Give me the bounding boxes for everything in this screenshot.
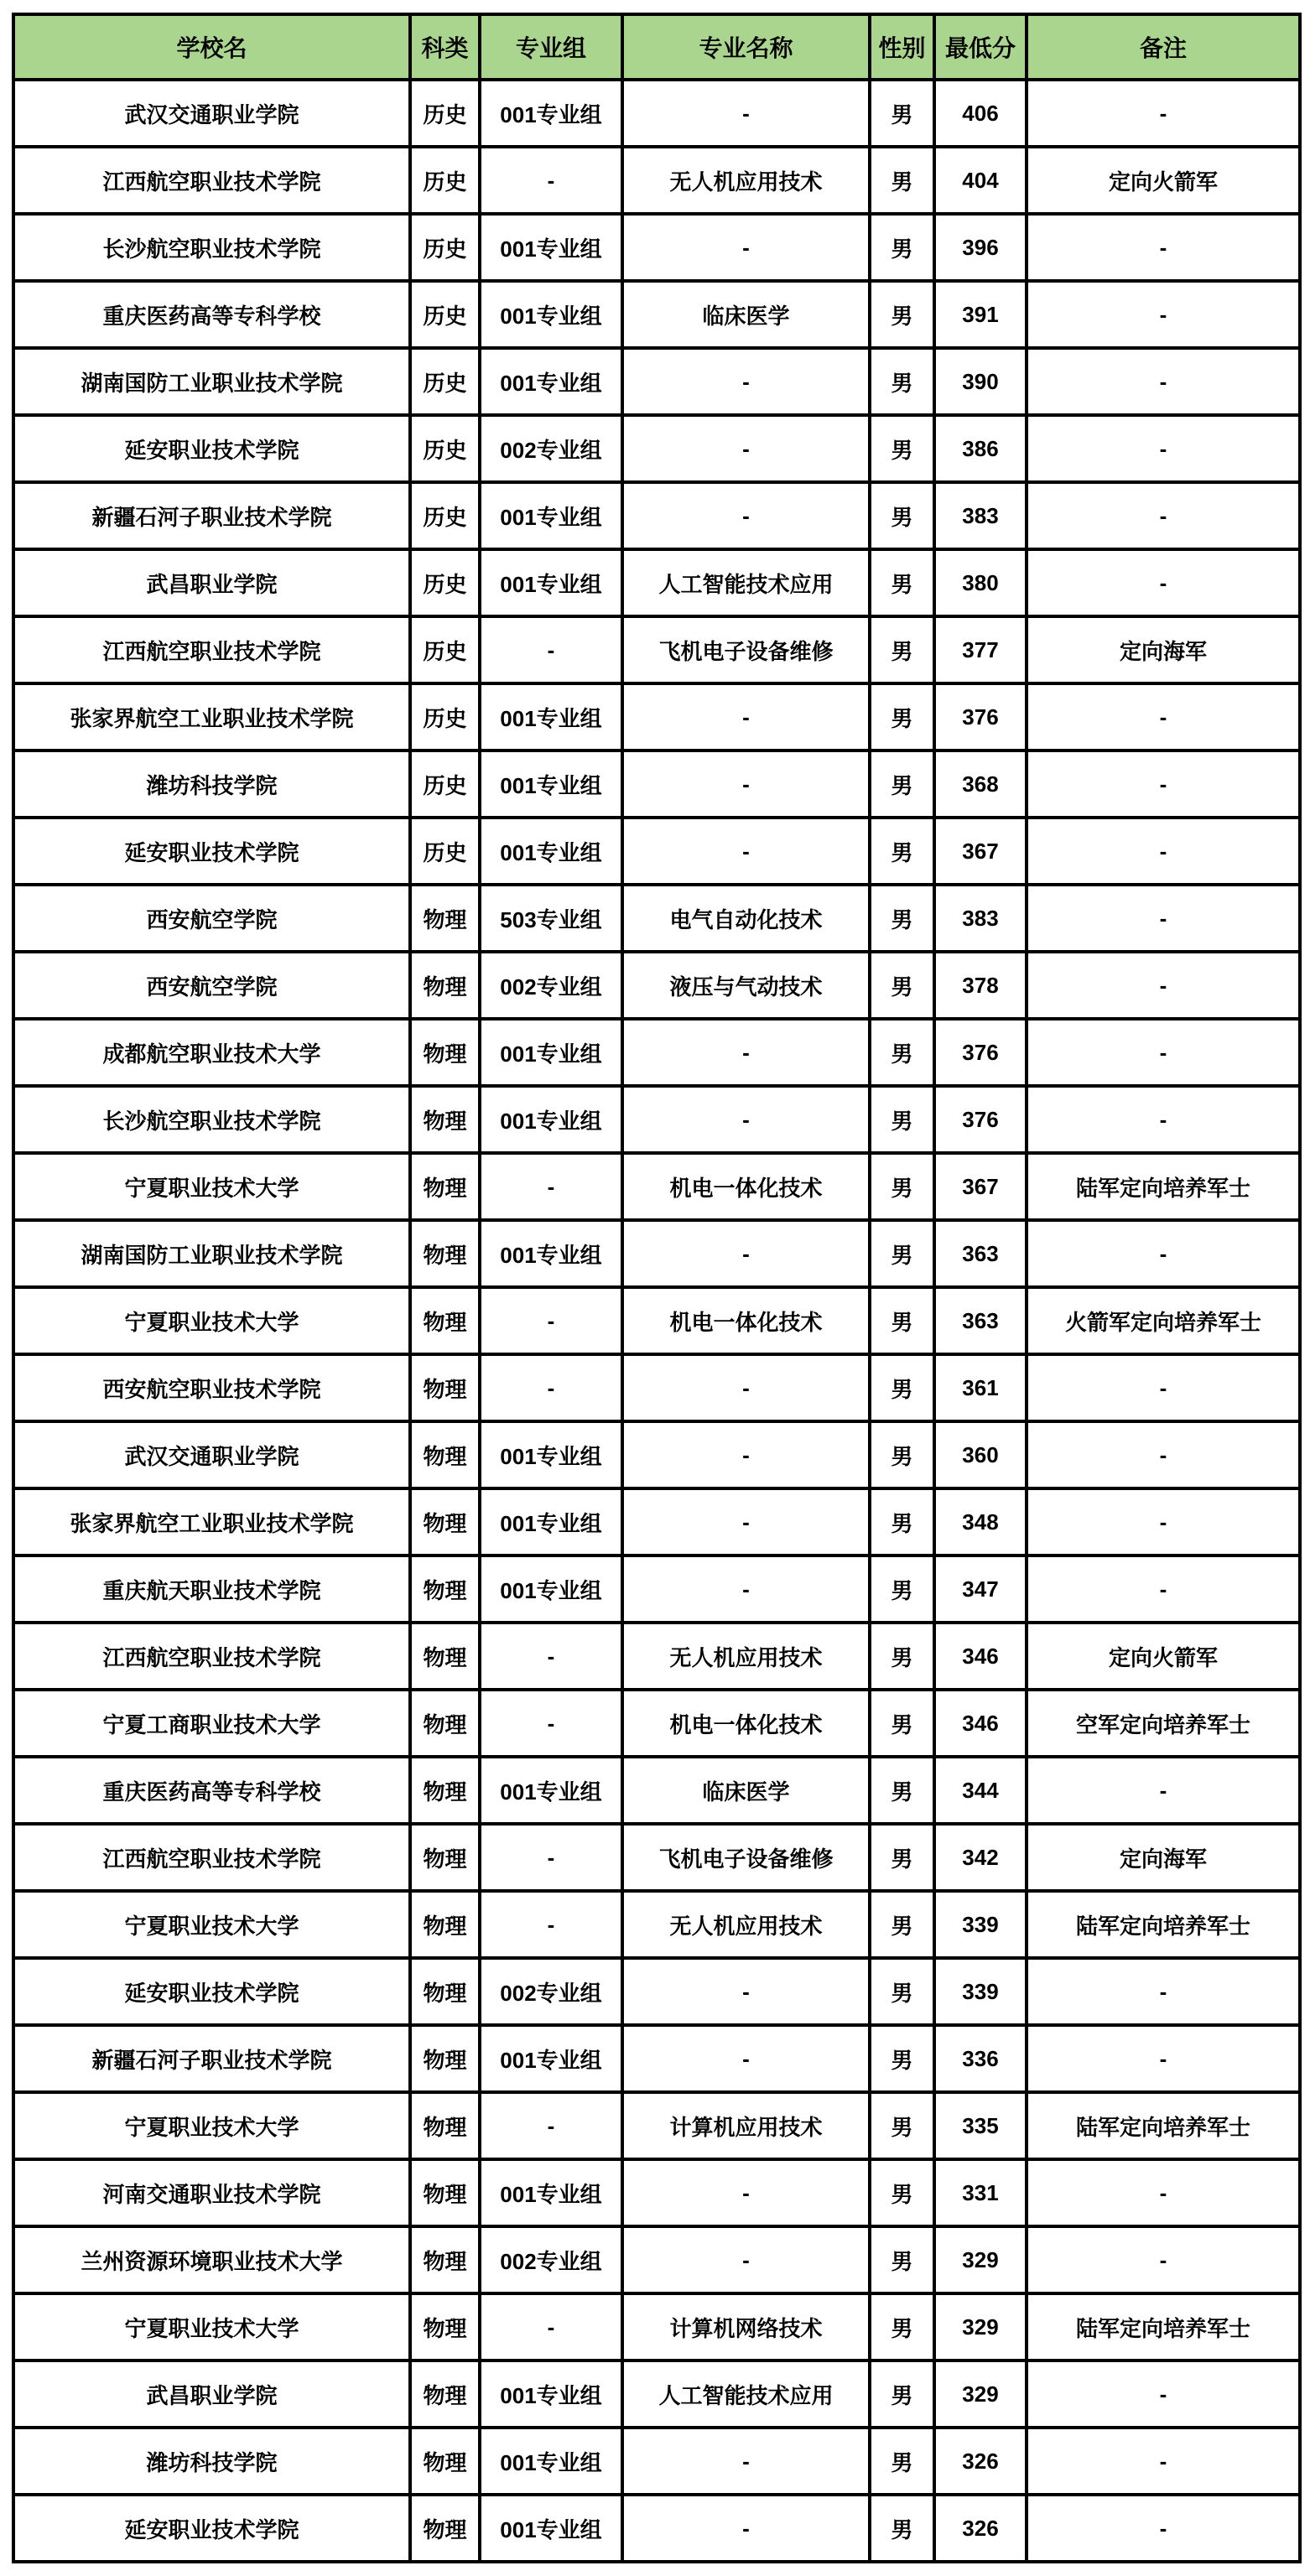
cell-min-score: 377 — [934, 616, 1027, 683]
cell-major-group: - — [480, 147, 622, 214]
cell-major-name: - — [622, 683, 870, 750]
cell-min-score: 383 — [934, 482, 1027, 549]
cell-gender: 男 — [870, 1488, 934, 1555]
cell-subject-type: 物理 — [410, 2495, 480, 2562]
cell-gender: 男 — [870, 1153, 934, 1220]
cell-school-name: 重庆医药高等专科学校 — [13, 281, 410, 348]
cell-school-name: 宁夏职业技术大学 — [13, 2092, 410, 2159]
table-body: 武汉交通职业学院历史001专业组-男406-江西航空职业技术学院历史-无人机应用… — [13, 80, 1300, 2562]
table-row: 延安职业技术学院物理001专业组-男326- — [13, 2495, 1300, 2562]
cell-major-group: 001专业组 — [480, 1555, 622, 1623]
cell-major-name: 机电一体化技术 — [622, 1153, 870, 1220]
cell-subject-type: 物理 — [410, 1421, 480, 1488]
cell-major-name: - — [622, 1019, 870, 1086]
table-row: 江西航空职业技术学院物理-飞机电子设备维修男342定向海军 — [13, 1824, 1300, 1891]
cell-gender: 男 — [870, 885, 934, 952]
cell-major-name: - — [622, 1421, 870, 1488]
cell-major-group: - — [480, 1623, 622, 1690]
cell-gender: 男 — [870, 683, 934, 750]
cell-subject-type: 物理 — [410, 1287, 480, 1354]
cell-remark: - — [1027, 1354, 1300, 1421]
cell-gender: 男 — [870, 1690, 934, 1757]
cell-major-name: 机电一体化技术 — [622, 1287, 870, 1354]
cell-min-score: 376 — [934, 1019, 1027, 1086]
cell-min-score: 363 — [934, 1220, 1027, 1287]
cell-subject-type: 物理 — [410, 1220, 480, 1287]
cell-min-score: 406 — [934, 80, 1027, 147]
cell-subject-type: 物理 — [410, 2360, 480, 2428]
cell-gender: 男 — [870, 2360, 934, 2428]
cell-major-name: 人工智能技术应用 — [622, 549, 870, 616]
cell-gender: 男 — [870, 2159, 934, 2226]
cell-major-group: 002专业组 — [480, 2226, 622, 2293]
cell-subject-type: 历史 — [410, 80, 480, 147]
table-row: 湖南国防工业职业技术学院历史001专业组-男390- — [13, 348, 1300, 415]
cell-major-name: - — [622, 80, 870, 147]
cell-subject-type: 物理 — [410, 2293, 480, 2360]
cell-school-name: 武汉交通职业学院 — [13, 80, 410, 147]
cell-remark: - — [1027, 2226, 1300, 2293]
cell-gender: 男 — [870, 1019, 934, 1086]
column-header-school-name: 学校名 — [13, 14, 410, 80]
table-row: 湖南国防工业职业技术学院物理001专业组-男363- — [13, 1220, 1300, 1287]
table-row: 西安航空学院物理503专业组电气自动化技术男383- — [13, 885, 1300, 952]
cell-school-name: 新疆石河子职业技术学院 — [13, 482, 410, 549]
cell-min-score: 378 — [934, 952, 1027, 1019]
table-row: 宁夏职业技术大学物理-无人机应用技术男339陆军定向培养军士 — [13, 1891, 1300, 1958]
cell-min-score: 326 — [934, 2428, 1027, 2495]
cell-major-name: 电气自动化技术 — [622, 885, 870, 952]
cell-min-score: 331 — [934, 2159, 1027, 2226]
column-header-major-group: 专业组 — [480, 14, 622, 80]
cell-remark: - — [1027, 2428, 1300, 2495]
cell-school-name: 长沙航空职业技术学院 — [13, 214, 410, 281]
admission-score-page: 学校名 科类 专业组 专业名称 性别 最低分 备注 武汉交通职业学院历史001专… — [0, 0, 1310, 2576]
table-row: 西安航空职业技术学院物理--男361- — [13, 1354, 1300, 1421]
cell-major-name: 飞机电子设备维修 — [622, 1824, 870, 1891]
cell-remark: - — [1027, 415, 1300, 482]
cell-min-score: 329 — [934, 2360, 1027, 2428]
cell-min-score: 396 — [934, 214, 1027, 281]
cell-major-group: - — [480, 1891, 622, 1958]
cell-school-name: 宁夏职业技术大学 — [13, 2293, 410, 2360]
cell-major-group: 001专业组 — [480, 750, 622, 818]
cell-gender: 男 — [870, 2025, 934, 2092]
cell-min-score: 391 — [934, 281, 1027, 348]
cell-major-group: - — [480, 1824, 622, 1891]
cell-subject-type: 历史 — [410, 818, 480, 885]
cell-remark: - — [1027, 1220, 1300, 1287]
table-row: 江西航空职业技术学院历史-无人机应用技术男404定向火箭军 — [13, 147, 1300, 214]
cell-remark: - — [1027, 1086, 1300, 1153]
cell-school-name: 武昌职业学院 — [13, 2360, 410, 2428]
cell-gender: 男 — [870, 1421, 934, 1488]
cell-major-group: - — [480, 1354, 622, 1421]
cell-subject-type: 物理 — [410, 1086, 480, 1153]
cell-subject-type: 物理 — [410, 1891, 480, 1958]
column-header-subject-type: 科类 — [410, 14, 480, 80]
table-row: 延安职业技术学院历史001专业组-男367- — [13, 818, 1300, 885]
cell-gender: 男 — [870, 147, 934, 214]
cell-major-name: 机电一体化技术 — [622, 1690, 870, 1757]
cell-min-score: 380 — [934, 549, 1027, 616]
table-row: 长沙航空职业技术学院物理001专业组-男376- — [13, 1086, 1300, 1153]
cell-major-group: - — [480, 616, 622, 683]
cell-major-group: 001专业组 — [480, 683, 622, 750]
cell-school-name: 江西航空职业技术学院 — [13, 147, 410, 214]
cell-major-name: - — [622, 482, 870, 549]
cell-major-group: - — [480, 2293, 622, 2360]
cell-school-name: 湖南国防工业职业技术学院 — [13, 348, 410, 415]
cell-remark: - — [1027, 80, 1300, 147]
column-header-gender: 性别 — [870, 14, 934, 80]
cell-major-group: 001专业组 — [480, 1086, 622, 1153]
cell-major-name: - — [622, 1220, 870, 1287]
cell-gender: 男 — [870, 952, 934, 1019]
cell-subject-type: 历史 — [410, 683, 480, 750]
cell-school-name: 江西航空职业技术学院 — [13, 616, 410, 683]
cell-major-name: 无人机应用技术 — [622, 1623, 870, 1690]
cell-major-group: 001专业组 — [480, 214, 622, 281]
cell-major-group: 002专业组 — [480, 415, 622, 482]
cell-school-name: 宁夏职业技术大学 — [13, 1891, 410, 1958]
table-row: 宁夏职业技术大学物理-计算机应用技术男335陆军定向培养军士 — [13, 2092, 1300, 2159]
cell-min-score: 363 — [934, 1287, 1027, 1354]
table-row: 宁夏职业技术大学物理-机电一体化技术男363火箭军定向培养军士 — [13, 1287, 1300, 1354]
cell-subject-type: 物理 — [410, 2159, 480, 2226]
table-row: 延安职业技术学院历史002专业组-男386- — [13, 415, 1300, 482]
cell-subject-type: 物理 — [410, 2025, 480, 2092]
cell-min-score: 361 — [934, 1354, 1027, 1421]
cell-remark: - — [1027, 2360, 1300, 2428]
cell-min-score: 367 — [934, 818, 1027, 885]
table-row: 武汉交通职业学院历史001专业组-男406- — [13, 80, 1300, 147]
cell-school-name: 湖南国防工业职业技术学院 — [13, 1220, 410, 1287]
cell-major-group: - — [480, 1153, 622, 1220]
cell-school-name: 潍坊科技学院 — [13, 2428, 410, 2495]
table-row: 河南交通职业技术学院物理001专业组-男331- — [13, 2159, 1300, 2226]
cell-school-name: 河南交通职业技术学院 — [13, 2159, 410, 2226]
cell-school-name: 武汉交通职业学院 — [13, 1421, 410, 1488]
cell-min-score: 346 — [934, 1623, 1027, 1690]
cell-min-score: 335 — [934, 2092, 1027, 2159]
cell-major-name: - — [622, 1354, 870, 1421]
cell-school-name: 潍坊科技学院 — [13, 750, 410, 818]
admission-score-table: 学校名 科类 专业组 专业名称 性别 最低分 备注 武汉交通职业学院历史001专… — [12, 13, 1302, 2563]
cell-subject-type: 物理 — [410, 2428, 480, 2495]
table-row: 新疆石河子职业技术学院历史001专业组-男383- — [13, 482, 1300, 549]
table-row: 江西航空职业技术学院历史-飞机电子设备维修男377定向海军 — [13, 616, 1300, 683]
cell-major-group: 001专业组 — [480, 1220, 622, 1287]
cell-major-group: 001专业组 — [480, 80, 622, 147]
cell-remark: 陆军定向培养军士 — [1027, 2293, 1300, 2360]
cell-school-name: 延安职业技术学院 — [13, 415, 410, 482]
cell-remark: - — [1027, 482, 1300, 549]
cell-remark: - — [1027, 885, 1300, 952]
cell-school-name: 宁夏职业技术大学 — [13, 1287, 410, 1354]
cell-school-name: 宁夏职业技术大学 — [13, 1153, 410, 1220]
cell-major-group: 001专业组 — [480, 1421, 622, 1488]
cell-major-group: 001专业组 — [480, 1488, 622, 1555]
cell-gender: 男 — [870, 1757, 934, 1824]
cell-gender: 男 — [870, 1824, 934, 1891]
cell-major-name: 计算机应用技术 — [622, 2092, 870, 2159]
cell-min-score: 376 — [934, 1086, 1027, 1153]
cell-major-name: - — [622, 2025, 870, 2092]
cell-major-group: 001专业组 — [480, 2159, 622, 2226]
cell-subject-type: 历史 — [410, 482, 480, 549]
cell-min-score: 346 — [934, 1690, 1027, 1757]
cell-school-name: 兰州资源环境职业技术大学 — [13, 2226, 410, 2293]
cell-gender: 男 — [870, 2092, 934, 2159]
cell-major-group: 001专业组 — [480, 348, 622, 415]
cell-subject-type: 物理 — [410, 1824, 480, 1891]
cell-major-name: - — [622, 2226, 870, 2293]
cell-major-name: 飞机电子设备维修 — [622, 616, 870, 683]
cell-subject-type: 物理 — [410, 1354, 480, 1421]
cell-subject-type: 历史 — [410, 348, 480, 415]
cell-remark: - — [1027, 2159, 1300, 2226]
cell-gender: 男 — [870, 616, 934, 683]
cell-gender: 男 — [870, 1891, 934, 1958]
table-row: 宁夏职业技术大学物理-计算机网络技术男329陆军定向培养军士 — [13, 2293, 1300, 2360]
cell-school-name: 新疆石河子职业技术学院 — [13, 2025, 410, 2092]
table-row: 江西航空职业技术学院物理-无人机应用技术男346定向火箭军 — [13, 1623, 1300, 1690]
cell-min-score: 376 — [934, 683, 1027, 750]
table-row: 宁夏职业技术大学物理-机电一体化技术男367陆军定向培养军士 — [13, 1153, 1300, 1220]
cell-school-name: 延安职业技术学院 — [13, 818, 410, 885]
cell-subject-type: 历史 — [410, 616, 480, 683]
cell-min-score: 347 — [934, 1555, 1027, 1623]
cell-min-score: 342 — [934, 1824, 1027, 1891]
cell-gender: 男 — [870, 1220, 934, 1287]
cell-major-group: 001专业组 — [480, 2428, 622, 2495]
cell-major-group: - — [480, 1287, 622, 1354]
cell-major-group: - — [480, 2092, 622, 2159]
cell-school-name: 重庆医药高等专科学校 — [13, 1757, 410, 1824]
cell-gender: 男 — [870, 2428, 934, 2495]
table-row: 延安职业技术学院物理002专业组-男339- — [13, 1958, 1300, 2025]
column-header-min-score: 最低分 — [934, 14, 1027, 80]
cell-remark: - — [1027, 818, 1300, 885]
cell-subject-type: 物理 — [410, 952, 480, 1019]
cell-school-name: 成都航空职业技术大学 — [13, 1019, 410, 1086]
cell-min-score: 383 — [934, 885, 1027, 952]
cell-gender: 男 — [870, 818, 934, 885]
table-row: 兰州资源环境职业技术大学物理002专业组-男329- — [13, 2226, 1300, 2293]
cell-major-name: - — [622, 348, 870, 415]
table-row: 武汉交通职业学院物理001专业组-男360- — [13, 1421, 1300, 1488]
cell-major-group: 001专业组 — [480, 482, 622, 549]
cell-remark: - — [1027, 348, 1300, 415]
column-header-remark: 备注 — [1027, 14, 1300, 80]
cell-min-score: 329 — [934, 2293, 1027, 2360]
cell-remark: - — [1027, 1488, 1300, 1555]
cell-major-name: - — [622, 1555, 870, 1623]
cell-min-score: 368 — [934, 750, 1027, 818]
cell-school-name: 延安职业技术学院 — [13, 1958, 410, 2025]
cell-subject-type: 历史 — [410, 147, 480, 214]
cell-subject-type: 历史 — [410, 750, 480, 818]
cell-school-name: 西安航空职业技术学院 — [13, 1354, 410, 1421]
cell-min-score: 344 — [934, 1757, 1027, 1824]
cell-remark: - — [1027, 1555, 1300, 1623]
cell-major-group: - — [480, 1690, 622, 1757]
cell-remark: 定向海军 — [1027, 1824, 1300, 1891]
cell-major-name: - — [622, 750, 870, 818]
cell-major-name: - — [622, 1488, 870, 1555]
cell-subject-type: 历史 — [410, 281, 480, 348]
cell-remark: - — [1027, 1421, 1300, 1488]
cell-remark: - — [1027, 750, 1300, 818]
cell-subject-type: 物理 — [410, 1623, 480, 1690]
cell-major-name: - — [622, 214, 870, 281]
cell-subject-type: 历史 — [410, 214, 480, 281]
cell-major-group: 001专业组 — [480, 1019, 622, 1086]
cell-gender: 男 — [870, 1287, 934, 1354]
table-row: 重庆医药高等专科学校物理001专业组临床医学男344- — [13, 1757, 1300, 1824]
cell-subject-type: 物理 — [410, 1958, 480, 2025]
table-row: 宁夏工商职业技术大学物理-机电一体化技术男346空军定向培养军士 — [13, 1690, 1300, 1757]
cell-remark: - — [1027, 952, 1300, 1019]
cell-remark: 定向火箭军 — [1027, 147, 1300, 214]
cell-remark: - — [1027, 549, 1300, 616]
cell-gender: 男 — [870, 348, 934, 415]
cell-min-score: 360 — [934, 1421, 1027, 1488]
cell-major-group: 001专业组 — [480, 2360, 622, 2428]
cell-min-score: 404 — [934, 147, 1027, 214]
cell-remark: - — [1027, 2495, 1300, 2562]
table-row: 武昌职业学院物理001专业组人工智能技术应用男329- — [13, 2360, 1300, 2428]
cell-gender: 男 — [870, 281, 934, 348]
cell-gender: 男 — [870, 482, 934, 549]
cell-subject-type: 历史 — [410, 415, 480, 482]
cell-school-name: 宁夏工商职业技术大学 — [13, 1690, 410, 1757]
cell-min-score: 348 — [934, 1488, 1027, 1555]
cell-major-name: - — [622, 1086, 870, 1153]
table-row: 西安航空学院物理002专业组液压与气动技术男378- — [13, 952, 1300, 1019]
cell-subject-type: 物理 — [410, 1019, 480, 1086]
table-row: 重庆医药高等专科学校历史001专业组临床医学男391- — [13, 281, 1300, 348]
cell-remark: - — [1027, 1757, 1300, 1824]
cell-remark: 陆军定向培养军士 — [1027, 1153, 1300, 1220]
cell-major-name: 液压与气动技术 — [622, 952, 870, 1019]
table-row: 张家界航空工业职业技术学院历史001专业组-男376- — [13, 683, 1300, 750]
cell-min-score: 326 — [934, 2495, 1027, 2562]
cell-major-group: 001专业组 — [480, 549, 622, 616]
table-row: 张家界航空工业职业技术学院物理001专业组-男348- — [13, 1488, 1300, 1555]
cell-major-group: 002专业组 — [480, 1958, 622, 2025]
cell-remark: - — [1027, 214, 1300, 281]
cell-major-group: 001专业组 — [480, 2025, 622, 2092]
cell-subject-type: 历史 — [410, 549, 480, 616]
cell-min-score: 367 — [934, 1153, 1027, 1220]
cell-major-name: 无人机应用技术 — [622, 147, 870, 214]
cell-remark: 定向火箭军 — [1027, 1623, 1300, 1690]
table-row: 武昌职业学院历史001专业组人工智能技术应用男380- — [13, 549, 1300, 616]
cell-major-name: 临床医学 — [622, 281, 870, 348]
cell-school-name: 张家界航空工业职业技术学院 — [13, 1488, 410, 1555]
cell-major-name: - — [622, 2495, 870, 2562]
cell-subject-type: 物理 — [410, 2092, 480, 2159]
cell-school-name: 西安航空学院 — [13, 885, 410, 952]
cell-gender: 男 — [870, 2495, 934, 2562]
cell-min-score: 329 — [934, 2226, 1027, 2293]
cell-gender: 男 — [870, 1623, 934, 1690]
cell-subject-type: 物理 — [410, 1488, 480, 1555]
cell-subject-type: 物理 — [410, 885, 480, 952]
cell-remark: - — [1027, 1958, 1300, 2025]
cell-school-name: 武昌职业学院 — [13, 549, 410, 616]
cell-gender: 男 — [870, 750, 934, 818]
cell-remark: 定向海军 — [1027, 616, 1300, 683]
cell-major-name: 无人机应用技术 — [622, 1891, 870, 1958]
cell-school-name: 江西航空职业技术学院 — [13, 1824, 410, 1891]
cell-subject-type: 物理 — [410, 2226, 480, 2293]
cell-gender: 男 — [870, 1555, 934, 1623]
cell-major-name: - — [622, 818, 870, 885]
cell-major-group: 001专业组 — [480, 818, 622, 885]
cell-school-name: 延安职业技术学院 — [13, 2495, 410, 2562]
cell-gender: 男 — [870, 1958, 934, 2025]
cell-school-name: 江西航空职业技术学院 — [13, 1623, 410, 1690]
cell-gender: 男 — [870, 2293, 934, 2360]
cell-school-name: 张家界航空工业职业技术学院 — [13, 683, 410, 750]
cell-remark: - — [1027, 2025, 1300, 2092]
cell-major-name: 人工智能技术应用 — [622, 2360, 870, 2428]
cell-remark: 火箭军定向培养军士 — [1027, 1287, 1300, 1354]
cell-remark: 陆军定向培养军士 — [1027, 2092, 1300, 2159]
cell-major-name: - — [622, 2159, 870, 2226]
cell-gender: 男 — [870, 80, 934, 147]
cell-subject-type: 物理 — [410, 1690, 480, 1757]
cell-major-name: - — [622, 1958, 870, 2025]
cell-min-score: 336 — [934, 2025, 1027, 2092]
cell-gender: 男 — [870, 1086, 934, 1153]
header-row: 学校名 科类 专业组 专业名称 性别 最低分 备注 — [13, 14, 1300, 80]
cell-gender: 男 — [870, 549, 934, 616]
column-header-major-name: 专业名称 — [622, 14, 870, 80]
cell-subject-type: 物理 — [410, 1757, 480, 1824]
cell-remark: - — [1027, 1019, 1300, 1086]
cell-major-group: 001专业组 — [480, 281, 622, 348]
cell-subject-type: 物理 — [410, 1555, 480, 1623]
cell-remark: - — [1027, 683, 1300, 750]
cell-major-name: - — [622, 2428, 870, 2495]
cell-major-group: 001专业组 — [480, 1757, 622, 1824]
table-row: 重庆航天职业技术学院物理001专业组-男347- — [13, 1555, 1300, 1623]
cell-major-group: 002专业组 — [480, 952, 622, 1019]
cell-major-name: 计算机网络技术 — [622, 2293, 870, 2360]
table-row: 潍坊科技学院物理001专业组-男326- — [13, 2428, 1300, 2495]
cell-min-score: 339 — [934, 1891, 1027, 1958]
cell-major-group: 001专业组 — [480, 2495, 622, 2562]
cell-school-name: 长沙航空职业技术学院 — [13, 1086, 410, 1153]
cell-school-name: 西安航空学院 — [13, 952, 410, 1019]
cell-gender: 男 — [870, 214, 934, 281]
table-row: 潍坊科技学院历史001专业组-男368- — [13, 750, 1300, 818]
cell-min-score: 386 — [934, 415, 1027, 482]
cell-major-name: 临床医学 — [622, 1757, 870, 1824]
cell-gender: 男 — [870, 1354, 934, 1421]
cell-major-name: - — [622, 415, 870, 482]
cell-remark: - — [1027, 281, 1300, 348]
cell-major-group: 503专业组 — [480, 885, 622, 952]
table-row: 长沙航空职业技术学院历史001专业组-男396- — [13, 214, 1300, 281]
cell-subject-type: 物理 — [410, 1153, 480, 1220]
cell-remark: 空军定向培养军士 — [1027, 1690, 1300, 1757]
table-row: 新疆石河子职业技术学院物理001专业组-男336- — [13, 2025, 1300, 2092]
